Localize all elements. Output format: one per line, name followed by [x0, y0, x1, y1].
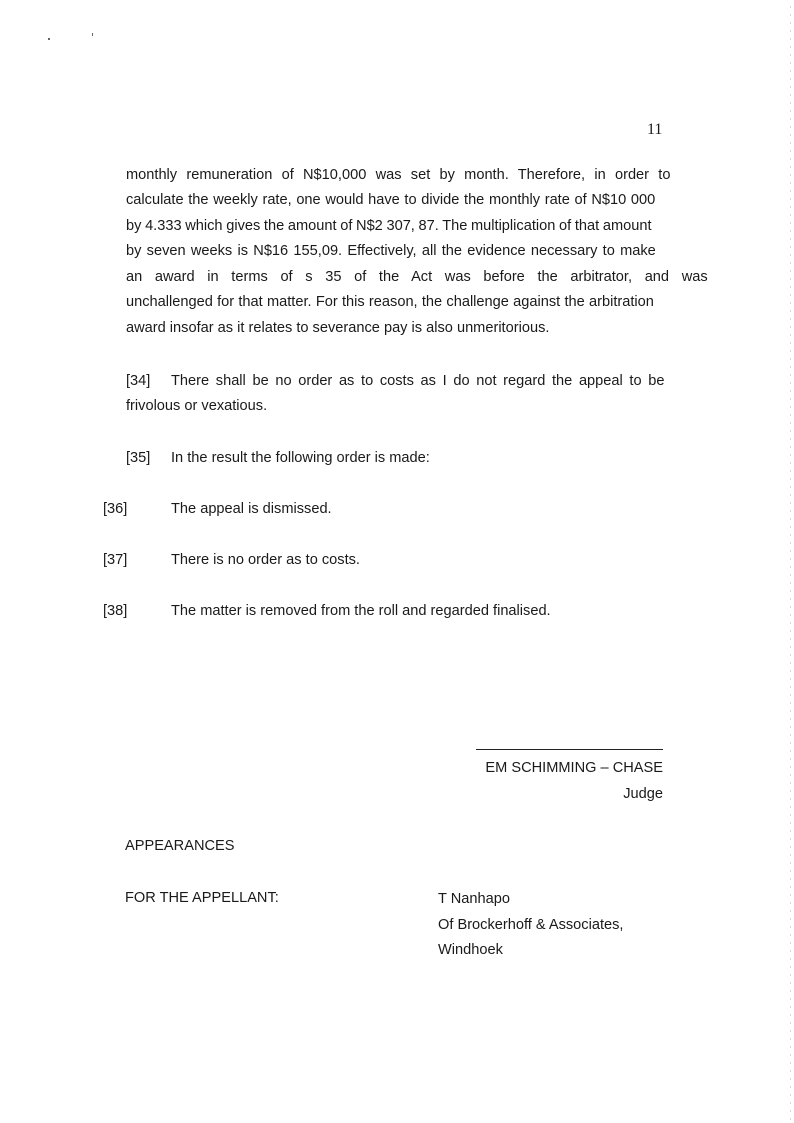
judge-title: Judge — [623, 786, 663, 802]
paragraph-number: [35] — [126, 450, 150, 466]
text-line: by 4.333 which gives the amount of N$2 3… — [126, 218, 652, 234]
scan-artifact — [48, 38, 50, 40]
text-line: monthly remuneration of N$10,000 was set… — [126, 167, 670, 183]
appellant-counsel-name: T Nanhapo — [438, 891, 510, 907]
text-line: award insofar as it relates to severance… — [126, 320, 549, 336]
text-line: an award in terms of s 35 of the Act was… — [126, 269, 708, 285]
text-line: In the result the following order is mad… — [171, 450, 430, 466]
appearances-heading: APPEARANCES — [125, 838, 235, 854]
order-text: The appeal is dismissed. — [171, 501, 332, 517]
page-number: 11 — [647, 121, 662, 139]
appellant-label: FOR THE APPELLANT: — [125, 890, 279, 906]
judge-name: EM SCHIMMING – CHASE — [485, 760, 663, 776]
order-text: The matter is removed from the roll and … — [171, 603, 551, 619]
paragraph-number: [34] — [126, 373, 150, 389]
text-line: by seven weeks is N$16 155,09. Effective… — [126, 243, 656, 259]
scan-artifact — [92, 33, 93, 36]
signature-line — [476, 749, 663, 750]
order-number: [38] — [103, 603, 127, 619]
text-line: calculate the weekly rate, one would hav… — [126, 192, 655, 208]
order-number: [36] — [103, 501, 127, 517]
text-line: unchallenged for that matter. For this r… — [126, 294, 654, 310]
text-line: frivolous or vexatious. — [126, 398, 267, 414]
text-line: There shall be no order as to costs as I… — [171, 373, 664, 389]
appellant-counsel-firm: Of Brockerhoff & Associates, — [438, 917, 623, 933]
order-text: There is no order as to costs. — [171, 552, 360, 568]
scan-edge — [790, 0, 791, 1123]
appellant-counsel-city: Windhoek — [438, 942, 503, 958]
order-number: [37] — [103, 552, 127, 568]
